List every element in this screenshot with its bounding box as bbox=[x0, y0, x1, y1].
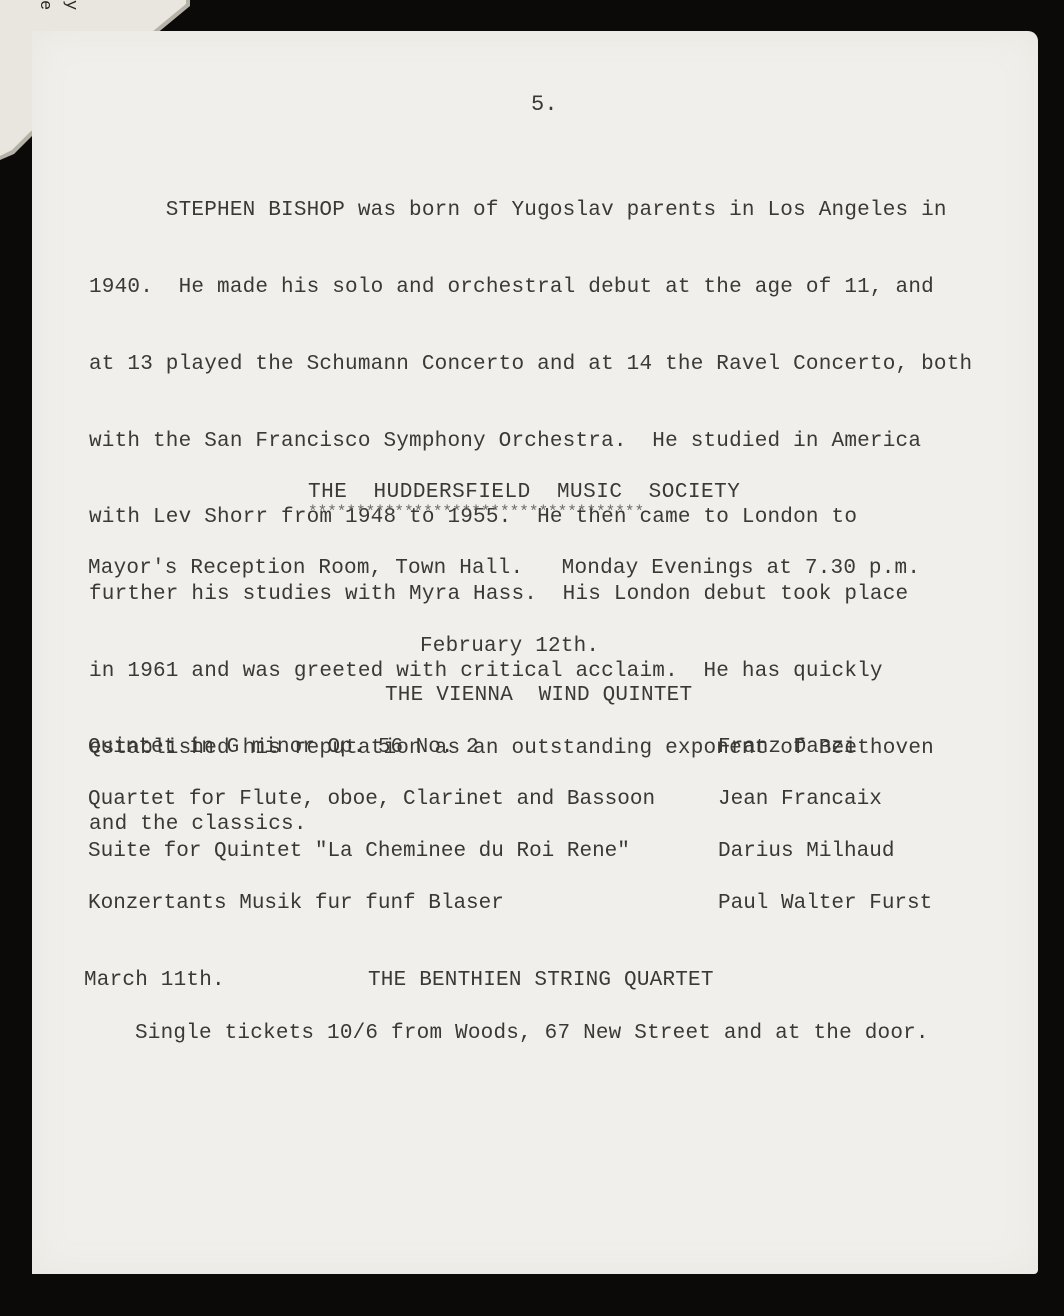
bio-line: and the classics. bbox=[89, 812, 972, 838]
programme-work: Quintet in G minor Op. 56 No. 2 bbox=[88, 736, 479, 759]
overlay-fragment: e bbox=[35, 0, 54, 11]
bio-line: STEPHEN BISHOP was born of Yugoslav pare… bbox=[89, 198, 972, 224]
programme-row: Konzertants Musik fur funf Blaser Paul W… bbox=[88, 892, 968, 918]
overlay-fragment: y bbox=[61, 0, 80, 11]
bio-line: 1940. He made his solo and orchestral de… bbox=[89, 275, 972, 301]
programme-row: Suite for Quintet "La Cheminee du Roi Re… bbox=[88, 840, 968, 866]
programme-work: Konzertants Musik fur funf Blaser bbox=[88, 892, 504, 915]
programme-work: Quartet for Flute, oboe, Clarinet and Ba… bbox=[88, 788, 655, 811]
programme-composer: Paul Walter Furst bbox=[718, 892, 932, 915]
programme-composer: Darius Milhaud bbox=[718, 840, 894, 863]
programme-composer: Franz Danzi bbox=[718, 736, 857, 759]
bio-line: at 13 played the Schumann Concerto and a… bbox=[89, 352, 972, 378]
programme-row: Quintet in G minor Op. 56 No. 2 Franz Da… bbox=[88, 736, 968, 762]
ensemble-name: THE BENTHIEN STRING QUARTET bbox=[368, 968, 714, 994]
ticket-info: Single tickets 10/6 from Woods, 67 New S… bbox=[135, 1021, 929, 1047]
bio-line: further his studies with Myra Hass. His … bbox=[89, 582, 972, 608]
page-number: 5. bbox=[531, 92, 558, 118]
programme-composer: Jean Francaix bbox=[718, 788, 882, 811]
programme-row: Quartet for Flute, oboe, Clarinet and Ba… bbox=[88, 788, 968, 814]
ensemble-name: THE VIENNA WIND QUINTET bbox=[385, 683, 692, 709]
concert-date: March 11th. bbox=[84, 968, 225, 994]
asterisk-underline: *********************************** bbox=[308, 500, 644, 526]
bio-line: in 1961 and was greeted with critical ac… bbox=[89, 659, 972, 685]
concert-date: February 12th. bbox=[420, 634, 599, 660]
bio-line: with the San Francisco Symphony Orchestr… bbox=[89, 429, 972, 455]
venue-line: Mayor's Reception Room, Town Hall. Monda… bbox=[88, 556, 920, 582]
programme-work: Suite for Quintet "La Cheminee du Roi Re… bbox=[88, 840, 630, 863]
